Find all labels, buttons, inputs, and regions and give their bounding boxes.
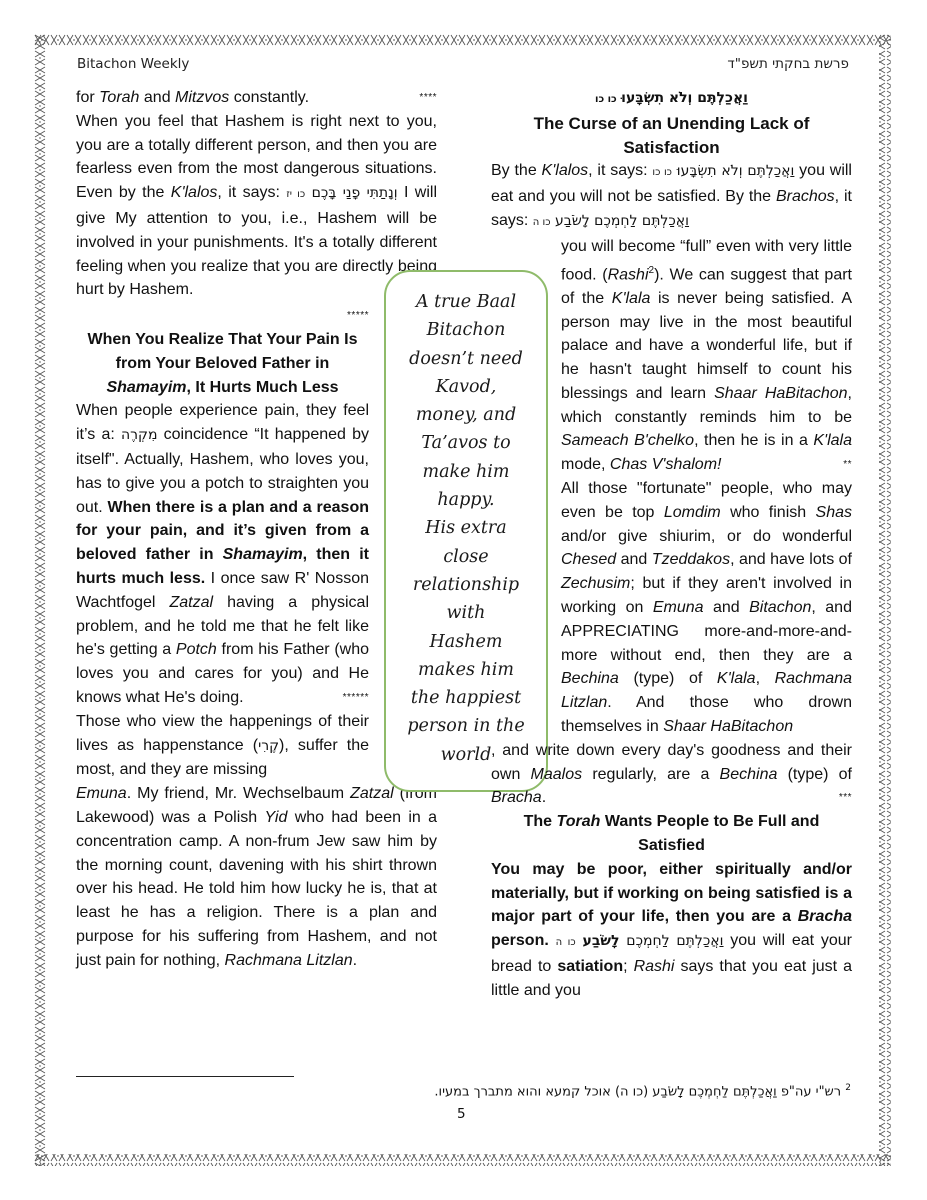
- verse-reference: כו כו: [595, 94, 617, 105]
- header-publication-title: Bitachon Weekly: [77, 56, 189, 72]
- wrapped-text-block: ***** When You Realize That Your Pain Is…: [76, 302, 369, 782]
- footnote-text: רש"י עה"פ וַאֲכַלְתֶּם לַחְמְכֶם לָשֹׂבַ…: [434, 1084, 841, 1099]
- footnote-separator: [76, 1076, 294, 1077]
- hebrew-quote: וַאֲכַלְתֶּם לַחְמְכֶם: [626, 933, 723, 949]
- section-separator-stars: ***: [839, 786, 852, 810]
- right-column: וַאֲכַלְתֶּם וְלֹא תִשְׂבָּעוּ כו כו The…: [491, 86, 852, 1003]
- hebrew-word-bold: לָשֹׂבַע: [583, 933, 620, 949]
- section-title-hebrew: וַאֲכַלְתֶּם וְלֹא תִשְׂבָּעוּ כו כו: [491, 86, 852, 112]
- paragraph: Those who view the happenings of their l…: [76, 710, 369, 782]
- paragraph: for Torah and Mitzvos constantly. ****: [76, 86, 437, 110]
- verse-reference: כו ה: [556, 937, 576, 948]
- verse-reference: כו יז: [286, 189, 305, 200]
- section-heading: The Torah Wants People to Be Full and Sa…: [491, 810, 852, 858]
- wrapped-text-block: you will become “full” even with very li…: [561, 235, 852, 739]
- paragraph-continued: , and write down every day's goodness an…: [491, 739, 852, 810]
- section-heading: The Curse of an Unending Lack of Satisfa…: [491, 112, 852, 160]
- footnote: 2 רש"י עה"פ וַאֲכַלְתֶּם לַחְמְכֶם לָשֹׂ…: [434, 1083, 851, 1099]
- left-column: for Torah and Mitzvos constantly. **** W…: [76, 86, 437, 972]
- page-number: 5: [457, 1106, 466, 1122]
- section-separator-stars: ******: [343, 686, 369, 710]
- hebrew-quote: וַאֲכַלְתֶּם לַחְמְכֶם לָשֹׂבַע: [555, 213, 689, 229]
- paragraph: By the K'lalos, it says: וַאֲכַלְתֶּם וְ…: [491, 159, 852, 234]
- paragraph: When you feel that Hashem is right next …: [76, 110, 437, 302]
- footnote-number: 2: [845, 1083, 851, 1093]
- hebrew-quote: וַאֲכַלְתֶּם וְלֹא תִשְׂבָּעוּ: [677, 163, 795, 179]
- paragraph: All those "fortunate" people, who may ev…: [561, 477, 852, 739]
- hebrew-word: קֶרִי: [258, 738, 279, 754]
- verse-reference: כו כו: [652, 167, 672, 178]
- paragraph: you will become “full” even with very li…: [561, 235, 852, 477]
- header-parsha-title: פרשת בחקתי תשפ"ד: [727, 56, 849, 72]
- verse-reference: כו ה: [533, 217, 551, 228]
- hebrew-quote: וְנָתַתִּי פָנַי בָּכֶם: [312, 185, 398, 201]
- section-separator-stars: *****: [347, 310, 369, 321]
- paragraph-continued: Emuna. My friend, Mr. Wechselbaum Zatzal…: [76, 782, 437, 972]
- section-separator-stars: ****: [419, 86, 437, 110]
- hebrew-word: מִקְרֶה: [121, 427, 158, 443]
- paragraph: When people experience pain, they feel i…: [76, 399, 369, 709]
- paragraph: You may be poor, either spiritually and/…: [491, 858, 852, 1003]
- section-separator-stars: **: [843, 453, 852, 477]
- section-heading: When You Realize That Your Pain Is from …: [76, 328, 369, 399]
